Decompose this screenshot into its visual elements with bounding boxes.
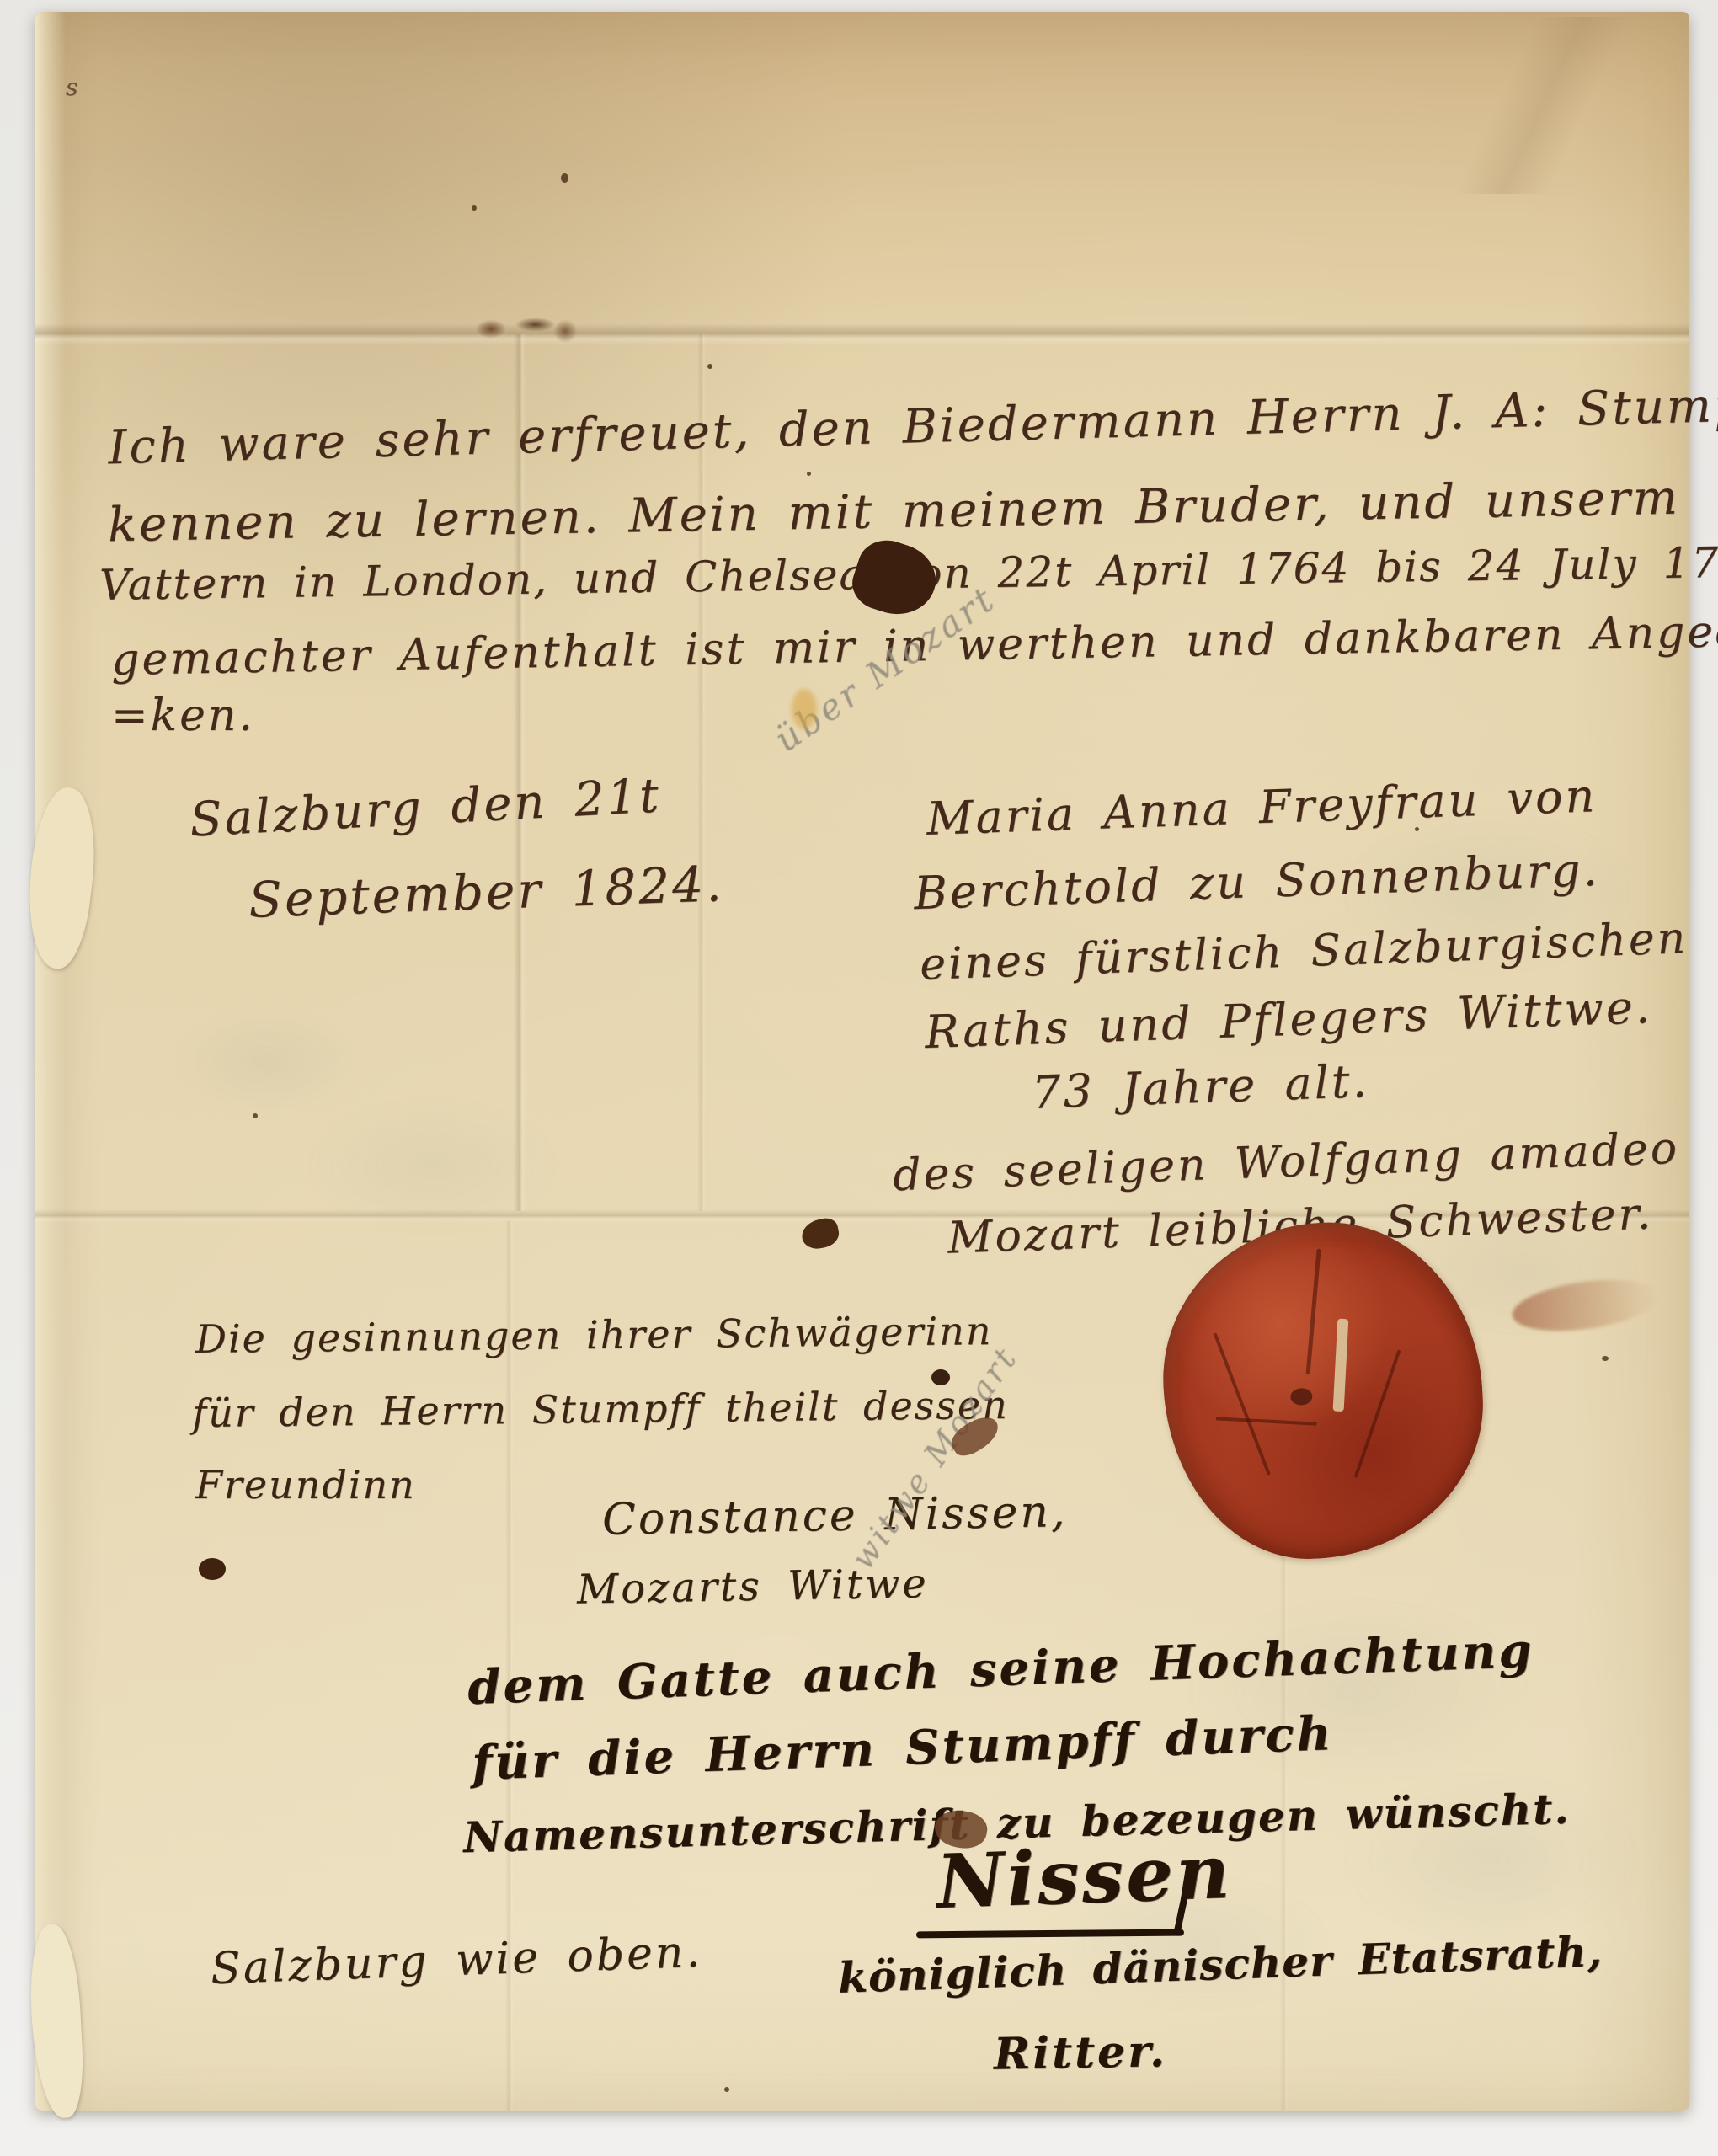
paper-speck [1602,1356,1609,1361]
ink-blot [199,1558,226,1580]
yellow-stain [792,689,817,729]
seal-gap [1333,1319,1349,1412]
paper-speck [1415,827,1419,831]
crease-shadow-top-right [1381,17,1689,194]
paper-speck [561,173,568,183]
scanned-letter-page: s Ich ware sehr erfreuet, den Biedermann… [0,0,1718,2156]
seal-crack [1306,1249,1321,1375]
page-marker: s [66,76,77,99]
constanze-line: für den Herrn Stumpff theilt dessen [192,1385,1009,1433]
constanze-signature: Constance Nissen, [602,1490,1068,1542]
nannerl-line: 73 Jahre alt. [1031,1059,1369,1116]
ink-dot [931,1369,950,1385]
paper-speck [253,1113,258,1118]
seal-crack [1214,1332,1271,1475]
paper-speck [472,205,477,211]
seal-crack [1216,1417,1317,1425]
constanze-line: Freundinn [195,1465,416,1504]
seal-dark-spot [1290,1388,1313,1406]
torn-left-edge [35,12,66,2111]
constanze-line: Die gesinnungen ihrer Schwägerinn [195,1311,993,1358]
seal-crack [1354,1349,1401,1478]
paper-speck [724,2087,729,2092]
crease-crack [438,305,615,349]
letter-body-line: =ken. [111,694,255,738]
paper-speck [807,472,811,476]
paper-speck [707,364,712,369]
nissen-signature: Nissen [936,1834,1234,1919]
nissen-title-line: Ritter. [994,2030,1168,2077]
